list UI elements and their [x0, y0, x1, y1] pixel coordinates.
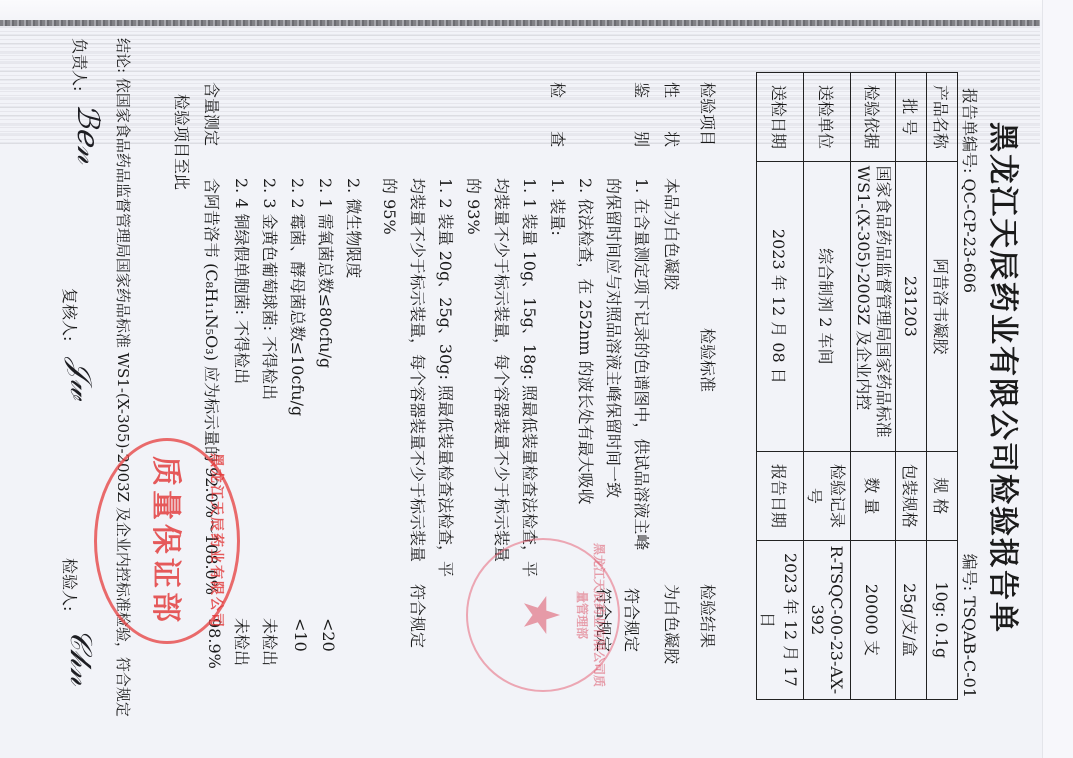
scanner-margin-right: [1042, 0, 1073, 758]
cell-value: 国家食品药品监督管理局国家药品标准 WS1-(X-305)-2003Z 及企业内…: [851, 161, 896, 451]
responsible-label: 负责人:: [69, 38, 92, 91]
table-row: 产品名称 阿昔洛韦凝胶 规 格 10g: 0.1g: [927, 73, 958, 700]
inspection-report-page: 黑龙江天辰药业有限公司检验报告单 报告单编号: QC-CP-23-606 编号:…: [10, 18, 1040, 738]
label-assay: 含量测定: [201, 82, 224, 146]
cell-value: 2023 年 12 月 08 日: [757, 161, 804, 451]
cell-label: 送检日期: [757, 73, 804, 162]
insp-line: 2. 4 铜绿假单胞菌: 不得检出: [231, 178, 254, 384]
id-line: 2. 依法检查，在 252nm 的波长处有最大吸收: [575, 178, 598, 505]
form-number-value: TSQAB-C-01: [960, 596, 979, 698]
result-aerobic: <20: [319, 618, 338, 652]
reviewer-signature: 𝒥𝓌: [63, 358, 98, 400]
report-number-value: QC-CP-23-606: [960, 179, 979, 294]
insp-line: 2. 微生物限度: [343, 178, 366, 278]
insp-line: 1. 1 装量 10g、15g、18g: 照最低装量检查法检查，平: [519, 178, 542, 577]
label-inspection: 检 查: [547, 82, 570, 161]
cell-label: 检验依据: [851, 73, 896, 162]
cell-label: 包装规格: [896, 452, 927, 541]
result-mold: <10: [291, 618, 310, 652]
insp-line: 1. 2 装量 20g、25g、30g: 照最低装量检查法检查，平: [435, 178, 458, 577]
header-standard: 检验标准: [697, 328, 720, 392]
seal-center-text: 质量保证部: [147, 441, 191, 641]
table-row: 检验依据 国家食品药品监督管理局国家药品标准 WS1-(X-305)-2003Z…: [851, 73, 896, 700]
cell-label: 报告日期: [757, 452, 804, 541]
insp-line: 均装量不少于标示装量，每个容器装量不少于标示装量: [407, 178, 430, 562]
insp-line: 2. 3 金黄色葡萄球菌: 不得检出: [259, 178, 282, 400]
id-line: 1. 在含量测定项下记录的色谱图中，供试品溶液主峰: [631, 178, 654, 550]
cell-value: 2023 年 12 月 17 日: [757, 540, 804, 699]
cell-label: 数 量: [851, 452, 896, 541]
standard-appearance: 本品为白色凝胶: [661, 178, 684, 290]
cell-value: 阿昔洛韦凝胶: [927, 161, 958, 451]
product-info-table: 产品名称 阿昔洛韦凝胶 规 格 10g: 0.1g 批 号 231203 包装规…: [756, 72, 958, 700]
insp-line: 1. 装量:: [547, 178, 570, 236]
id-line: 的保留时间应与对照品溶液主峰保留时间一致: [603, 178, 626, 498]
cell-label: 送检单位: [804, 73, 851, 162]
report-number-label: 报告单编号:: [960, 88, 979, 173]
result-fill: 符合规定: [407, 584, 430, 648]
header-item: 检验项目: [697, 82, 720, 146]
inspector-signature: 𝒞𝒽𝓃: [63, 628, 98, 686]
cell-value: 20000 支: [851, 540, 896, 699]
cell-value: 10g: 0.1g: [927, 540, 958, 699]
inspector-label: 检验人:: [59, 558, 82, 611]
result-appearance: 为白色凝胶: [661, 584, 684, 664]
cell-value: 25g/支/盒: [896, 540, 927, 699]
form-number-label: 编号:: [960, 554, 979, 591]
cell-value: 231203: [896, 161, 927, 451]
report-title: 黑龙江天辰药业有限公司检验报告单: [984, 18, 1028, 738]
form-number: 编号: TSQAB-C-01: [959, 554, 982, 698]
cell-label: 产品名称: [927, 73, 958, 162]
insp-line: 的 93%: [463, 178, 486, 235]
cell-label: 批 号: [896, 73, 927, 162]
result-staph: 未检出: [259, 618, 282, 666]
star-icon: ★: [515, 540, 566, 690]
seal-arc-text: 黑龙江天辰药业有限公司质量管理部: [574, 540, 608, 690]
conformity-seal: 黑龙江天辰药业有限公司质量管理部 ★: [466, 538, 620, 692]
cell-label: 检验记录号: [804, 452, 851, 541]
header-result: 检验结果: [697, 584, 720, 648]
insp-line: 2. 1 需氧菌总数≤80cfu/g: [315, 178, 338, 368]
insp-line: 均装量不少于标示装量，每个容器装量不少于标示装量: [491, 178, 514, 562]
table-row: 送检单位 综合制剂 2 车间 检验记录号 R-TSQC-00-23-AX-392: [804, 73, 851, 700]
result-identification-1: 符合规定: [621, 588, 644, 652]
label-appearance: 性 状: [661, 82, 684, 161]
seal-arc-text: 黑龙江天辰药业有限公司: [207, 441, 227, 641]
insp-line: 2. 2 霉菌、酵母菌总数≤10cfu/g: [287, 178, 310, 416]
table-row: 批 号 231203 包装规格 25g/支/盒: [896, 73, 927, 700]
label-identification: 鉴 别: [631, 82, 654, 161]
result-pseudo: 未检出: [231, 618, 254, 666]
cell-value: 综合制剂 2 车间: [804, 161, 851, 451]
table-row: 送检日期 2023 年 12 月 08 日 报告日期 2023 年 12 月 1…: [757, 73, 804, 700]
report-number: 报告单编号: QC-CP-23-606: [959, 88, 982, 293]
end-note: 检验项目至此: [171, 94, 194, 190]
qa-department-seal: 黑龙江天辰药业有限公司 质量保证部: [94, 438, 240, 644]
responsible-signature: ℬℯ𝓃: [70, 104, 105, 164]
cell-value: R-TSQC-00-23-AX-392: [804, 540, 851, 699]
insp-line: 的 95%: [379, 178, 402, 235]
reviewer-label: 复核人:: [59, 288, 82, 341]
cell-label: 规 格: [927, 452, 958, 541]
